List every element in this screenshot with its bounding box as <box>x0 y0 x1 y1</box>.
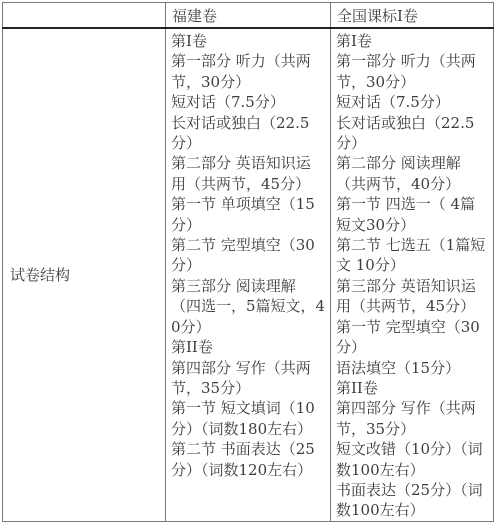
header-empty-cell <box>3 3 166 29</box>
row-label-cell: 试卷结构 <box>3 28 166 521</box>
header-fujian-cell: 福建卷 <box>166 3 331 29</box>
table-header-row: 福建卷 全国课标I卷 <box>3 3 494 29</box>
national-structure-cell: 第I卷 第一部分 听力（共两 节，30分） 短对话（7.5分） 长对话或独白（2… <box>331 28 494 521</box>
fujian-structure-cell: 第I卷 第一部分 听力（共两 节，30分） 短对话（7.5分） 长对话或独白（2… <box>166 28 331 521</box>
table-body-row: 试卷结构 第I卷 第一部分 听力（共两 节，30分） 短对话（7.5分） 长对话… <box>3 28 494 521</box>
header-national-cell: 全国课标I卷 <box>331 3 494 29</box>
document-page: 福建卷 全国课标I卷 试卷结构 第I卷 第一部分 听力（共两 节，30分） 短对… <box>0 0 500 528</box>
row-label-exam-structure: 试卷结构 <box>10 266 70 284</box>
exam-structure-table: 福建卷 全国课标I卷 试卷结构 第I卷 第一部分 听力（共两 节，30分） 短对… <box>2 2 494 522</box>
